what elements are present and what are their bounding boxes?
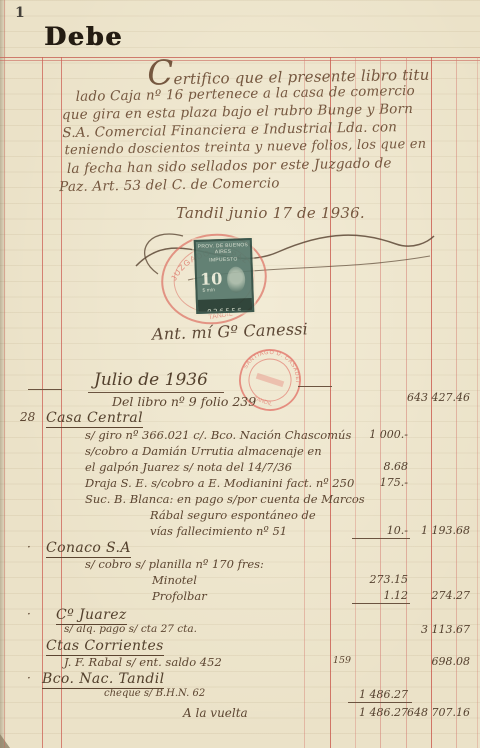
entry-desc: Draja S. E. s/cobro a E. Modianini fact.… — [85, 476, 354, 490]
entry-amount: 1 000.- — [336, 428, 408, 441]
entry-total: 3 113.67 — [398, 623, 470, 636]
certificate-line: la fecha han sido sellados por este Juzg… — [67, 155, 392, 177]
entry-total: 698.08 — [398, 655, 470, 668]
ledger-row: s/cobro a Damián Urrutia almacenaje en — [0, 444, 480, 461]
entry-desc: el galpón Juarez s/ nota del 14/7/36 — [85, 460, 292, 474]
balance-forward-row: 643 427.46 — [0, 391, 480, 408]
entry-desc: s/ cobro s/ planilla nº 170 fres: — [85, 557, 264, 571]
ledger-row: Minotel 273.15 — [0, 573, 480, 590]
ledger-row: s/ giro nº 366.021 c/. Bco. Nación Chasc… — [0, 428, 480, 445]
entry-total: 1 193.68 — [398, 524, 470, 537]
entry-amount: 175.- — [336, 476, 408, 489]
entry-desc: s/cobro a Damián Urrutia almacenaje en — [85, 444, 322, 458]
entry-small-figure: 159 — [330, 655, 354, 666]
ledger-row: el galpón Juarez s/ nota del 14/7/36 8.6… — [0, 460, 480, 477]
certificate-line: Paz. Art. 53 del C. de Comercio — [59, 175, 280, 195]
entry-desc: Profolbar — [152, 589, 207, 603]
revenue-stamp-unit: $ m/n — [202, 287, 215, 293]
ledger-row: · Cº Juarez — [0, 607, 480, 624]
revenue-stamp-header: PROV. DE BUENOS AIRES — [196, 242, 250, 256]
ledger-row: Draja S. E. s/cobro a E. Modianini fact.… — [0, 476, 480, 493]
entry-total: 274.27 — [398, 589, 470, 602]
entry-desc: Suc. B. Blanca: en pago s/por cuenta de … — [85, 492, 365, 506]
ledger-row: J. F. Rabal s/ ent. saldo 452 159 698.08 — [0, 655, 480, 672]
entry-amount: 1 486.27 — [336, 688, 408, 701]
entry-amount: 8.68 — [336, 460, 408, 473]
entry-amount: 273.15 — [336, 573, 408, 586]
ledger-row: Suc. B. Blanca: en pago s/por cuenta de … — [0, 492, 480, 509]
ledger-row: Ctas Corrientes — [0, 638, 480, 655]
entry-day: · — [27, 607, 49, 621]
revenue-stamp: PROV. DE BUENOS AIRES IMPUESTO 10 $ m/n … — [194, 238, 255, 314]
account-heading: Bco. Nac. Tandil — [42, 671, 164, 689]
entry-day: 28 — [20, 410, 42, 424]
month-rule-right — [298, 386, 332, 387]
carry-forward-row: A la vuelta 1 486.27 648 707.16 — [0, 706, 480, 723]
entry-desc: s/ alq. pago s/ cta 27 cta. — [64, 623, 197, 635]
certificate-block: Certifico que el presente libro titu lad… — [0, 0, 480, 234]
ledger-row: Rábal seguro espontáneo de — [0, 508, 480, 525]
amount-underline — [352, 603, 410, 604]
notary-signature-line: Ant. mí Gº Canessi — [152, 319, 308, 343]
entry-desc: Minotel — [152, 573, 197, 587]
ledger-row: · Bco. Nac. Tandil — [0, 671, 480, 688]
balance-forward-total: 643 427.46 — [398, 391, 470, 404]
corner-fold — [0, 734, 10, 748]
month-title: Julio de 1936 — [88, 370, 224, 393]
entry-desc: vías fallecimiento nº 51 — [150, 524, 287, 538]
month-rule-left — [28, 389, 62, 390]
entry-desc: cheque s/ B.H.N. 62 — [104, 688, 205, 699]
entry-desc: Rábal seguro espontáneo de — [150, 508, 316, 522]
carry-label: A la vuelta — [183, 706, 248, 720]
account-heading: Casa Central — [46, 410, 143, 428]
ledger-row: · Conaco S.A — [0, 540, 480, 557]
revenue-stamp-center: 10 $ m/n — [197, 262, 252, 300]
carry-total: 648 707.16 — [398, 706, 470, 719]
amount-underline — [348, 702, 412, 703]
entry-desc: J. F. Rabal s/ ent. saldo 452 — [64, 655, 222, 669]
ledger-page: 1 Debe Certifico que el presente libro t… — [0, 0, 480, 748]
ledger-row: 28 Casa Central — [0, 410, 480, 427]
entry-desc: s/ giro nº 366.021 c/. Bco. Nación Chasc… — [85, 428, 351, 442]
account-heading: Ctas Corrientes — [46, 638, 164, 656]
revenue-stamp-value: 10 — [200, 269, 223, 289]
revenue-stamp-serial-band: 026556 — [198, 298, 252, 312]
ledger-row: s/ cobro s/ planilla nº 170 fres: — [0, 557, 480, 574]
account-heading: Conaco S.A — [46, 540, 131, 558]
amount-underline — [352, 538, 410, 539]
revenue-stamp-medallion — [227, 266, 246, 293]
